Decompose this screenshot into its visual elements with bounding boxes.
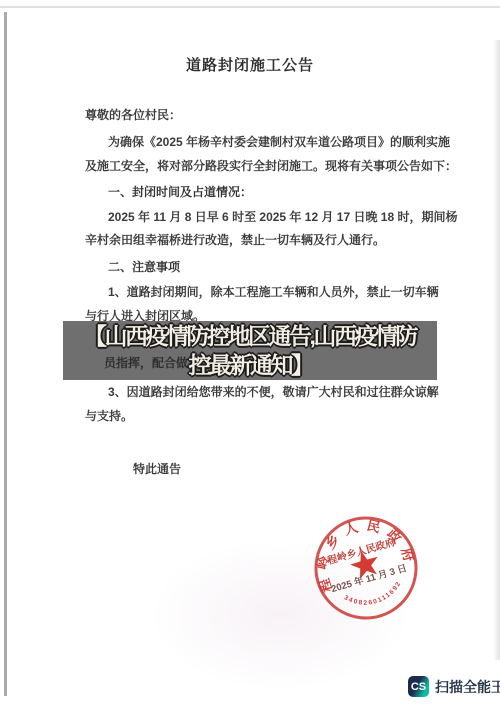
notice-body-line: 2025 年 11 月 8 日早 6 时至 2025 年 12 月 17 日晚 … — [108, 209, 457, 225]
notice-section-heading: 一、封闭时间及占道情况： — [108, 184, 252, 200]
camscanner-icon: CS — [408, 676, 429, 697]
scan-top-edge — [0, 6, 500, 8]
scanned-notice-image: 道路封闭施工公告 尊敬的各位村民： 为确保《2025 年杨辛村委会建制村双车道公… — [0, 0, 500, 707]
notice-body-line: 为确保《2025 年杨辛村委会建制村双车道公路项目》的顺利实施 — [108, 134, 450, 150]
camscanner-watermark: CS 扫描全能王 — [408, 676, 500, 697]
spam-overlay-line: 【山西疫情防控地区通告,山西疫情防 — [53, 322, 447, 351]
spam-overlay-line: 控最新通知】 — [53, 351, 447, 380]
spam-overlay-banner: 员指挥，配合做 【山西疫情防控地区通告,山西疫情防 控最新通知】 — [63, 321, 437, 380]
notice-body-line: 辛村余田组幸福桥进行改造，禁止一切车辆及行人通行。 — [85, 232, 385, 248]
camscanner-label: 扫描全能王 — [435, 677, 500, 697]
notice-body-line: 3、因道路封闭给您带来的不便，敬请广大村民和过往群众谅解 — [108, 384, 439, 400]
notice-section-heading: 二、注意事项 — [108, 259, 180, 275]
notice-body-line: 1、道路封闭期间，除本工程施工车辆和人员外，禁止一切车辆 — [108, 284, 439, 300]
spam-overlay-text: 【山西疫情防控地区通告,山西疫情防 控最新通知】 — [53, 322, 447, 380]
notice-title: 道路封闭施工公告 — [0, 54, 500, 75]
notice-closing: 特此通告 — [133, 460, 181, 477]
scan-right-edge — [493, 40, 500, 660]
notice-body-line: 与支持。 — [85, 408, 133, 424]
notice-salutation: 尊敬的各位村民： — [85, 107, 181, 123]
scan-left-edge — [4, 12, 7, 696]
notice-body-line: 及施工安全，将对部分路段实行全封闭施工。现将有关事项公告如下： — [85, 158, 457, 174]
